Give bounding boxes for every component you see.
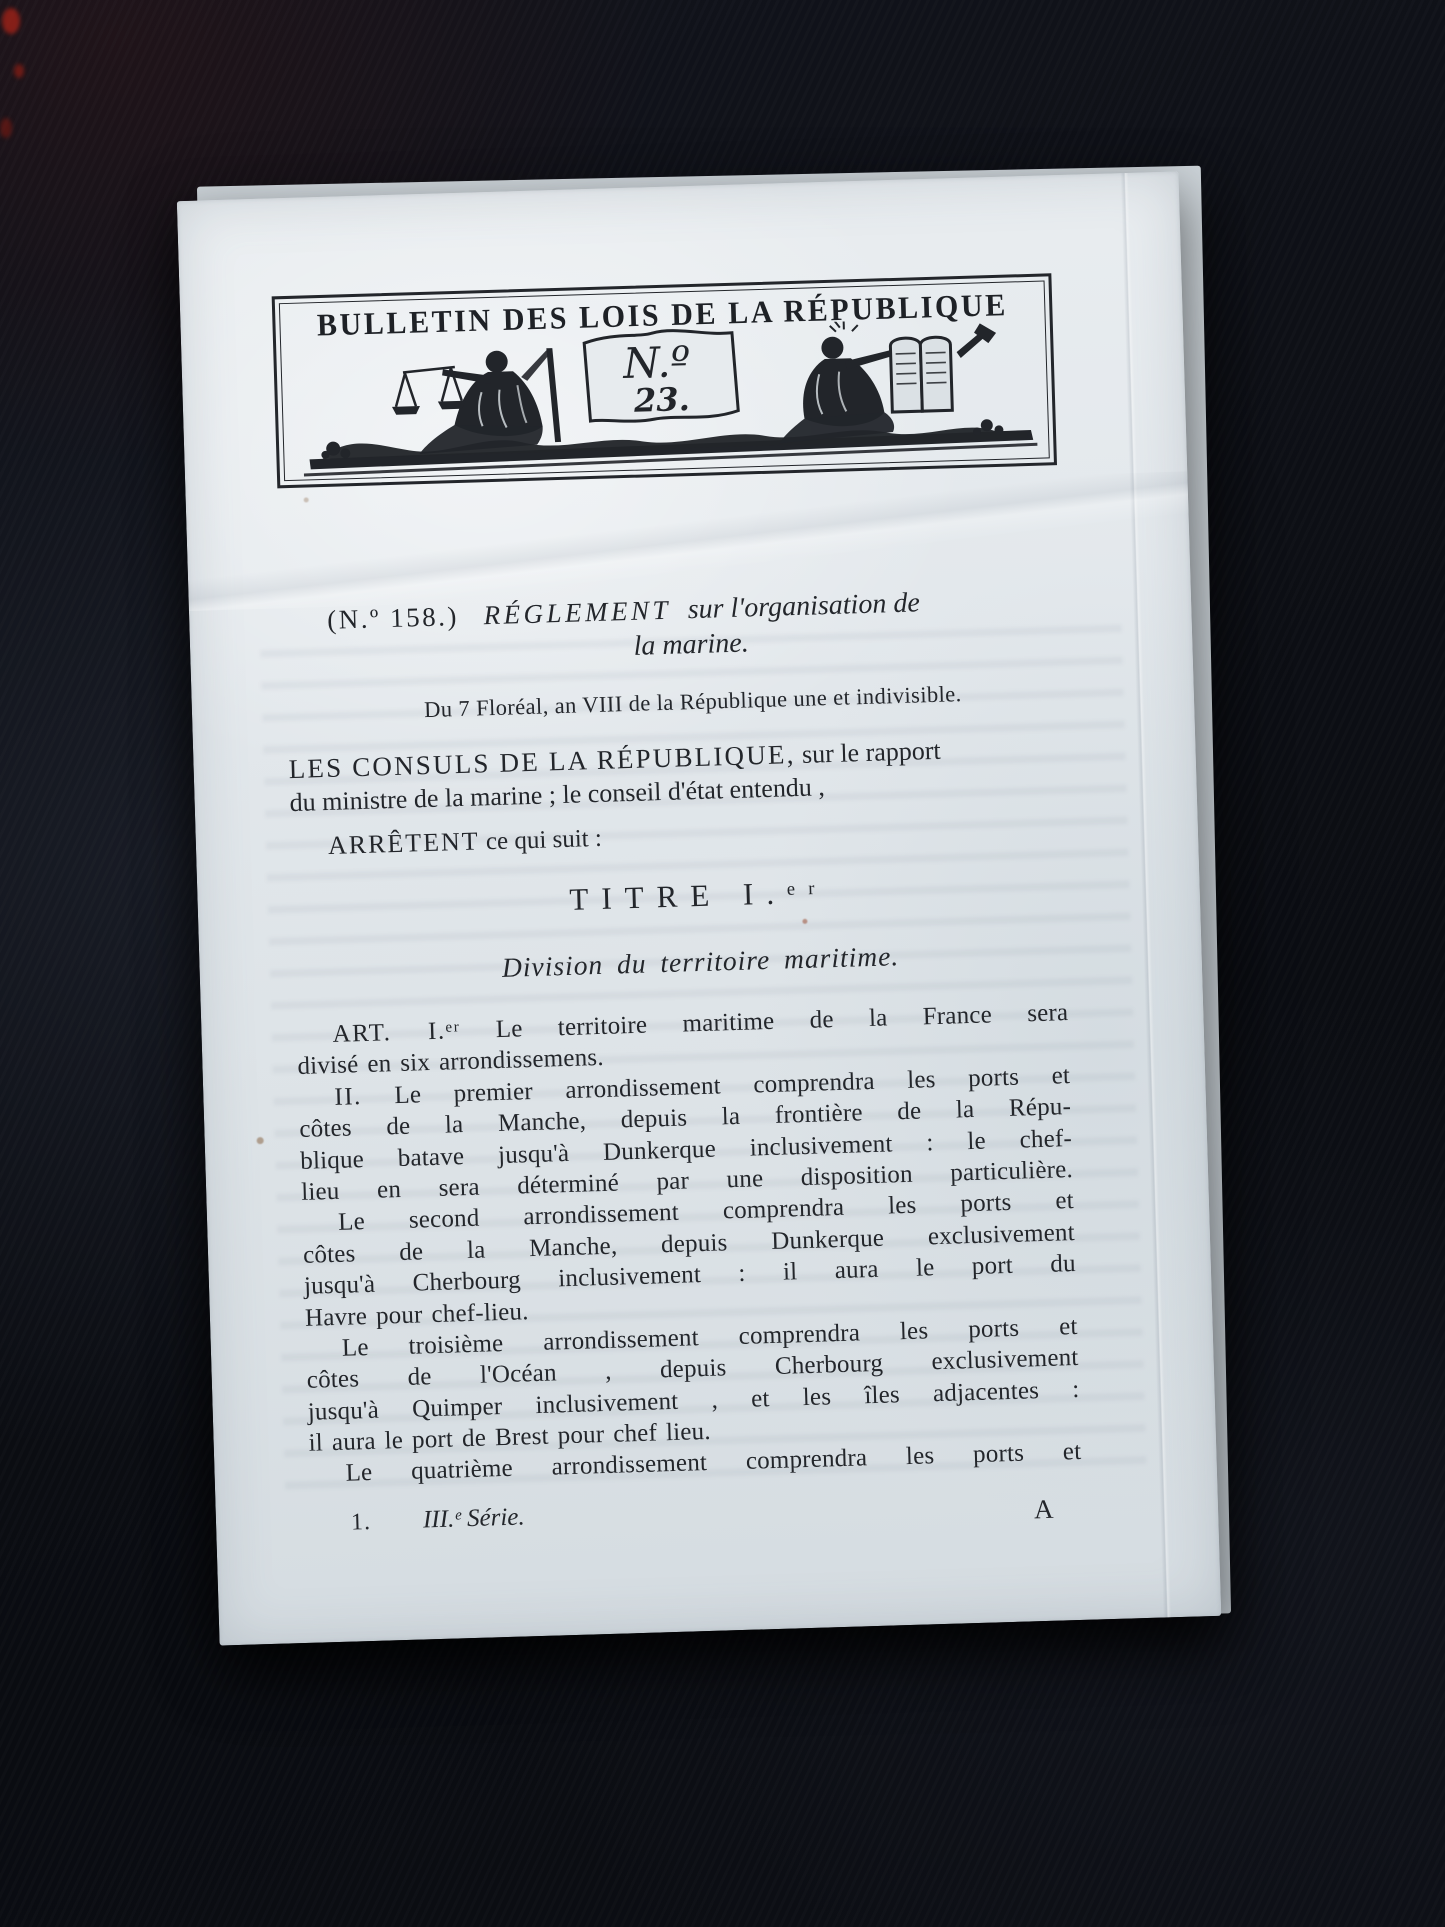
foxing-spot xyxy=(802,919,807,924)
red-speck-icon xyxy=(0,118,12,138)
footer: 1. III.ᵉ Série. xyxy=(351,1488,1052,1537)
engraving-allegory: N.º 23. xyxy=(284,315,1052,478)
enacting-rest: ce qui suit : xyxy=(479,825,602,856)
preamble-rest: sur le rapport xyxy=(795,736,941,769)
footer-page-number: 1. xyxy=(351,1509,372,1536)
law-tablets-icon xyxy=(890,337,952,412)
masthead-frame: BULLETIN DES LOIS DE LA RÉPUBLIQUE xyxy=(272,273,1057,488)
red-speck-icon xyxy=(14,64,24,78)
act-number: (N.º 158.) xyxy=(327,601,459,635)
act-date-line: Du 7 Floréal, an VIII de la République u… xyxy=(192,674,1194,730)
section-heading: TITRE I.ᵉʳ xyxy=(197,863,1200,929)
hammer-icon xyxy=(956,323,997,358)
enacting-lead: ARRÊTENT xyxy=(328,826,481,859)
section-subheading: Division du territoire maritime. xyxy=(199,931,1202,993)
issue-number: 23. xyxy=(633,380,691,420)
document-page: BULLETIN DES LOIS DE LA RÉPUBLIQUE xyxy=(177,171,1221,1645)
body-text: ART. I.ᵉʳ Le territoire maritime de la F… xyxy=(296,997,1082,1491)
act-title-rest: sur l'organisation de xyxy=(687,587,920,625)
act-title-keyword: RÉGLEMENT xyxy=(483,595,671,631)
red-speck-icon xyxy=(2,8,20,34)
starburst-icon xyxy=(830,319,858,332)
footer-series-label: III.ᵉ Série. xyxy=(423,1503,525,1533)
legislator-figure-icon xyxy=(776,335,895,443)
foxing-spot xyxy=(257,1137,264,1144)
justice-figure-icon xyxy=(416,349,543,454)
signature-mark: A xyxy=(1034,1494,1054,1526)
